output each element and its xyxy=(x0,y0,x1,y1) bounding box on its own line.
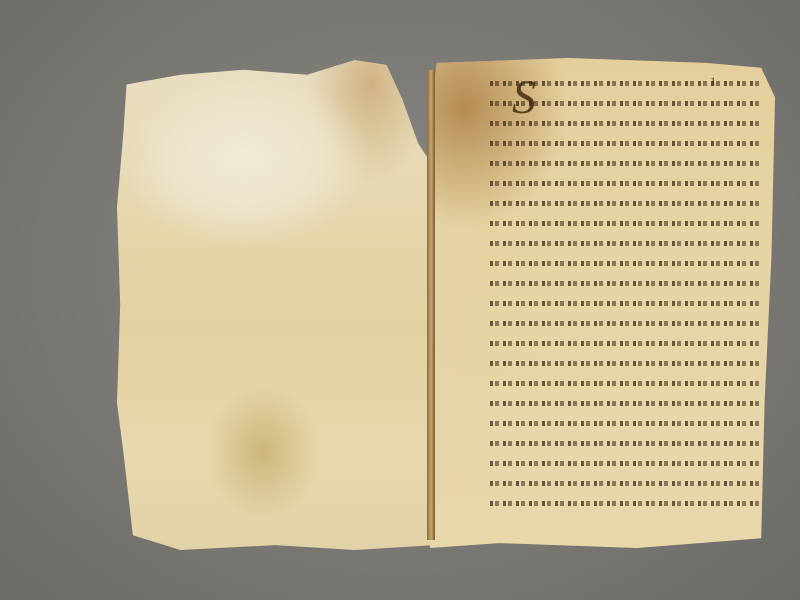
text-line xyxy=(490,375,760,392)
text-line xyxy=(490,495,760,512)
text-line xyxy=(490,75,760,92)
text-line xyxy=(490,315,760,332)
text-line xyxy=(490,95,760,112)
text-line xyxy=(490,335,760,352)
text-line xyxy=(490,395,760,412)
text-line xyxy=(490,475,760,492)
text-line xyxy=(490,455,760,472)
text-line xyxy=(490,115,760,132)
left-blank-page xyxy=(117,60,434,550)
text-line xyxy=(490,415,760,432)
text-line xyxy=(490,255,760,272)
book-spine xyxy=(427,70,435,540)
text-line xyxy=(490,215,760,232)
text-line xyxy=(490,355,760,372)
text-line xyxy=(490,175,760,192)
text-line xyxy=(490,275,760,292)
handwritten-text-block xyxy=(490,75,760,515)
text-line xyxy=(490,155,760,172)
text-line xyxy=(490,235,760,252)
text-line xyxy=(490,295,760,312)
text-line xyxy=(490,435,760,452)
text-line xyxy=(490,135,760,152)
text-line xyxy=(490,195,760,212)
